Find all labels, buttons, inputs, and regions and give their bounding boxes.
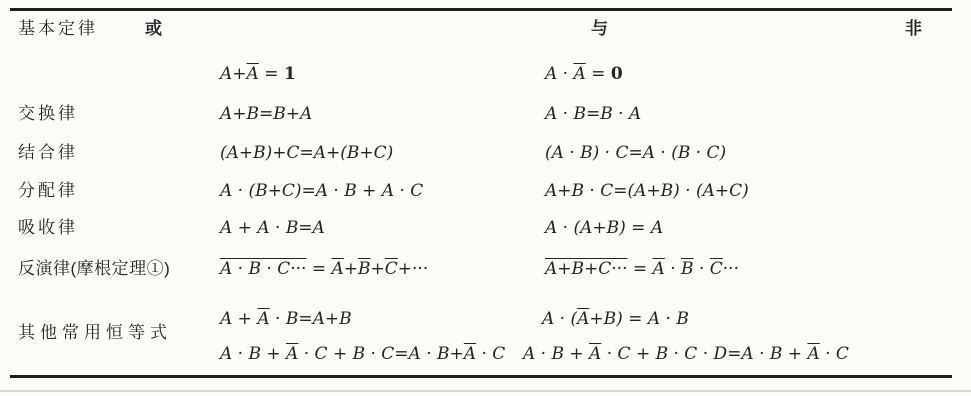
- col-header-not: 非: [905, 19, 922, 39]
- formula-distributive-and: A+B · C=(A+B) · (A+C): [545, 181, 749, 201]
- formula-other-identities-line1-or: A + A · B=A+B: [220, 309, 352, 329]
- formula-other-identities-line2-or: A · B + A · C + B · C=A · B+A · C: [220, 344, 505, 364]
- formula-other-identities-line1-and: A · (A+B) = A · B: [542, 309, 689, 329]
- row-label-other-identities: 其他常用恒等式: [18, 323, 172, 343]
- boolean-laws-table: 基本定律 或 与 非 A+A = 1 A · A = 0 交换律 A+B=B+A…: [0, 0, 971, 396]
- row-label-de-morgan: 反演律(摩根定理①): [18, 259, 170, 279]
- bottom-rule: [10, 375, 952, 378]
- formula-associative-and: (A · B) · C=A · (B · C): [545, 143, 726, 163]
- row-label-associative: 结合律: [18, 143, 78, 163]
- formula-complement-or: A+A = 1: [220, 64, 296, 84]
- formula-distributive-or: A · (B+C)=A · B + A · C: [220, 181, 423, 201]
- formula-commutative-or: A+B=B+A: [220, 104, 312, 124]
- col-header-or: 或: [145, 19, 162, 39]
- row-label-distributive: 分配律: [18, 181, 78, 201]
- page-edge-line: [0, 390, 971, 392]
- row-label-absorption: 吸收律: [18, 218, 78, 238]
- formula-de-morgan-and: A+B+C··· = A · B · C···: [545, 259, 739, 279]
- col-header-basic-laws: 基本定律: [18, 19, 98, 39]
- formula-absorption-or: A + A · B=A: [220, 218, 325, 238]
- formula-absorption-and: A · (A+B) = A: [545, 218, 663, 238]
- formula-complement-and: A · A = 0: [545, 64, 623, 84]
- col-header-and: 与: [591, 19, 608, 39]
- formula-associative-or: (A+B)+C=A+(B+C): [220, 143, 393, 163]
- top-rule: [10, 8, 952, 11]
- formula-other-identities-line2-and: A · B + A · C + B · C · D=A · B + A · C: [523, 344, 849, 364]
- row-label-commutative: 交换律: [18, 104, 78, 124]
- formula-de-morgan-or: A · B · C··· = A+B+C+···: [220, 259, 428, 279]
- formula-commutative-and: A · B=B · A: [545, 104, 641, 124]
